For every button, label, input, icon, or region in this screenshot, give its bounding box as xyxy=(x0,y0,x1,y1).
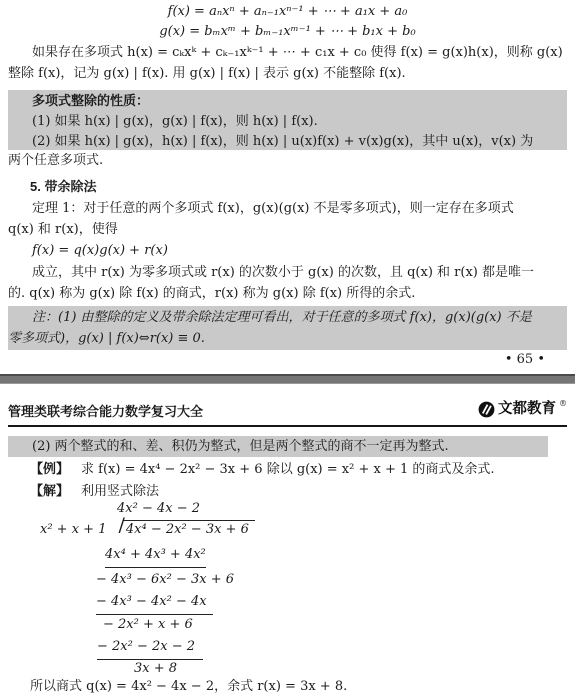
page-number: • 65 • xyxy=(505,351,545,369)
theorem1-closing-1: 成立，其中 r(x) 为零多项式或 r(x) 的次数小于 g(x) 的次数，且 … xyxy=(32,264,534,282)
division-divisor: x² + x + 1 xyxy=(40,522,106,537)
division-step-1: 4x⁴ + 4x³ + 4x² xyxy=(105,546,206,568)
properties-item-2: (2) 如果 h(x) | g(x)，h(x) | f(x)，则 h(x) | … xyxy=(32,133,533,151)
intro-line-1: 如果存在多项式 h(x) = cₖxᵏ + cₖ₋₁xᵏ⁻¹ + ⋯ + c₁x… xyxy=(32,44,563,62)
theorem1-closing-2: 的. q(x) 称为 g(x) 除 f(x) 的商式，r(x) 称为 g(x) … xyxy=(8,285,415,303)
properties-item-1: (1) 如果 h(x) | g(x)，g(x) | f(x)，则 h(x) | … xyxy=(32,113,318,131)
polynomial-formula-g: g(x) = bₘxᵐ + bₘ₋₁xᵐ⁻¹ + ⋯ + b₁x + b₀ xyxy=(0,23,575,41)
solution-text: 利用竖式除法 xyxy=(81,484,159,499)
division-dividend: 4x⁴ − 2x² − 3x + 6 xyxy=(123,520,255,537)
solution-label: 【解】 xyxy=(30,484,69,499)
theorem1-formula: f(x) = q(x)g(x) + r(x) xyxy=(32,242,168,260)
registered-trademark-symbol: ® xyxy=(559,395,567,413)
note-line-1: 注：(1) 由整除的定义及带余除法定理可看出，对于任意的多项式 f(x)，g(x… xyxy=(32,309,532,327)
theorem1-line-2: q(x) 和 r(x)，使得 xyxy=(8,221,118,239)
polynomial-formula-f: f(x) = aₙxⁿ + aₙ₋₁xⁿ⁻¹ + ⋯ + a₁x + a₀ xyxy=(0,3,575,21)
division-quotient: 4x² − 4x − 2 xyxy=(117,500,200,518)
properties-continuation: 两个任意多项式. xyxy=(8,152,103,170)
conclusion-line: 所以商式 q(x) = 4x² − 4x − 2，余式 r(x) = 3x + … xyxy=(30,678,347,695)
running-header-title: 管理类联考综合能力数学复习大全 xyxy=(8,403,203,421)
wendu-logo-icon xyxy=(478,401,495,418)
header-rule xyxy=(8,425,567,427)
publisher-logo-text: 文都教育 xyxy=(498,400,556,418)
theorem1-line-1: 定理 1：对于任意的两个多项式 f(x)，g(x)(g(x) 不是零多项式)，则… xyxy=(32,200,514,218)
section-heading-5: 5. 带余除法 xyxy=(30,178,96,196)
textbook-spread: f(x) = aₙxⁿ + aₙ₋₁xⁿ⁻¹ + ⋯ + a₁x + a₀ g(… xyxy=(0,0,575,695)
division-step-5: − 2x² − 2x − 2 xyxy=(97,638,203,660)
division-remainder: 3x + 8 xyxy=(134,660,177,678)
division-step-3: − 4x³ − 4x² − 4x xyxy=(96,593,213,615)
division-step-4: − 2x² + x + 6 xyxy=(103,616,193,634)
division-bracket-slash: / xyxy=(118,519,124,532)
publisher-logo: 文都教育 ® xyxy=(478,400,567,418)
solution-line: 【解】利用竖式除法 xyxy=(30,483,159,501)
note-line-2: 零多项式)，g(x) | f(x)⇔r(x) ≡ 0. xyxy=(8,330,205,348)
page-break-divider xyxy=(0,374,575,384)
properties-box-title: 多项式整除的性质： xyxy=(32,93,149,111)
division-divisor-row: x² + x + 1/4x⁴ − 2x² − 3x + 6 xyxy=(40,521,255,539)
integral-note-line: (2) 两个整式的和、差、积仍为整式，但是两个整式的商不一定再为整式. xyxy=(32,438,449,456)
intro-line-2: 整除 f(x)，记为 g(x) | f(x). 用 g(x) | f(x) | … xyxy=(8,65,406,83)
example-text: 求 f(x) = 4x⁴ − 2x² − 3x + 6 除以 g(x) = x²… xyxy=(81,462,495,477)
division-step-2: − 4x³ − 6x² − 3x + 6 xyxy=(96,571,234,589)
example-line: 【例】求 f(x) = 4x⁴ − 2x² − 3x + 6 除以 g(x) =… xyxy=(30,461,495,479)
example-label: 【例】 xyxy=(30,462,69,477)
